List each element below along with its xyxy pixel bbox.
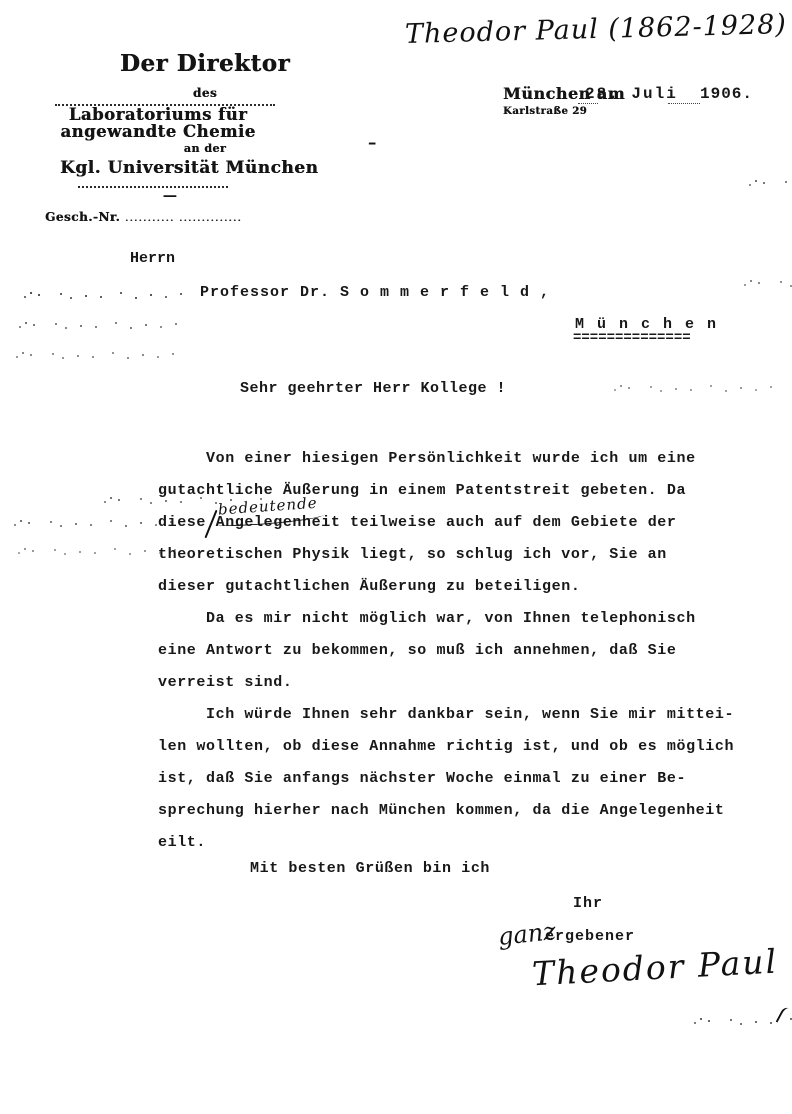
body-line-prefix: diese [158, 514, 206, 531]
letter-body: Von einer hiesigen Persönlichkeit wurde … [158, 443, 748, 859]
letterhead-des: des [105, 86, 305, 100]
letterhead-title: Der Direktor [105, 50, 305, 77]
closing-regards: Mit besten Grüßen bin ich [250, 860, 490, 877]
closing-ihr: Ihr [573, 895, 603, 912]
body-line: len wollten, ob diese Annahme richtig is… [158, 731, 748, 763]
scan-noise [20, 520, 22, 522]
scan-noise [750, 280, 752, 282]
body-line: sprechung hierher nach München kommen, d… [158, 795, 748, 827]
gesch-nr-text: Gesch.-Nr. [45, 210, 120, 224]
closing-ergebener: ergebener [545, 928, 635, 945]
body-line: dieser gutachtlichen Äußerung zu beteili… [158, 571, 748, 603]
scan-noise [22, 352, 24, 354]
recipient-name: Professor Dr. S o m m e r f e l d , [200, 284, 550, 301]
body-line: ist, daß Sie anfangs nächster Woche einm… [158, 763, 748, 795]
scan-noise [110, 497, 112, 499]
body-line: Von einer hiesigen Persönlichkeit wurde … [158, 443, 748, 475]
dateline-street: Karlstraße 29 [503, 106, 587, 117]
scan-noise [755, 180, 757, 182]
scanned-letter-page: Theodor Paul (1862-1928) Der Direktor de… [0, 0, 792, 1114]
letterhead-divider-dash: — [130, 188, 210, 204]
body-line: eine Antwort zu bekommen, so muß ich ann… [158, 635, 748, 667]
scan-noise [25, 322, 27, 324]
dateline-dotted-leader-1 [578, 103, 598, 104]
scan-corner-mark [776, 1006, 792, 1028]
body-line: verreist sind. [158, 667, 748, 699]
signature-theodor-paul: Theodor Paul [531, 942, 779, 994]
greeting-line: Sehr geehrter Herr Kollege ! [240, 380, 506, 397]
scan-noise [30, 292, 32, 294]
body-line: theoretischen Physik liegt, so schlug ic… [158, 539, 748, 571]
letterhead-laboratory-line: Laboratoriums für angewandte Chemie [38, 106, 278, 141]
recipient-city-underline: ============== [573, 330, 691, 346]
body-line: eilt. [158, 827, 748, 859]
body-line: Da es mir nicht möglich war, von Ihnen t… [158, 603, 748, 635]
scan-noise [24, 548, 26, 550]
dateline-day-month: 28. Juli [585, 85, 678, 103]
letterhead-university-line: Kgl. Universität München [60, 158, 280, 178]
scan-noise [700, 1018, 702, 1020]
scan-noise [620, 385, 622, 387]
body-line: Ich würde Ihnen sehr dankbar sein, wenn … [158, 699, 748, 731]
recipient-herrn: Herrn [130, 250, 175, 267]
letterhead-an-der: an der [105, 142, 305, 155]
gesch-nr-dots: ........... .............. [125, 211, 242, 224]
body-line-with-insertion: bedeutende diese Angelegenheit teilweise… [158, 507, 748, 539]
dateline-dotted-leader-2 [668, 103, 700, 104]
gesch-nr-label: Gesch.-Nr. ........... .............. [45, 210, 242, 224]
scan-dash-artifact: – [368, 133, 377, 152]
handwritten-annotation-author-dates: Theodor Paul (1862-1928) [405, 9, 788, 50]
dateline-year: 1906. [700, 85, 753, 103]
